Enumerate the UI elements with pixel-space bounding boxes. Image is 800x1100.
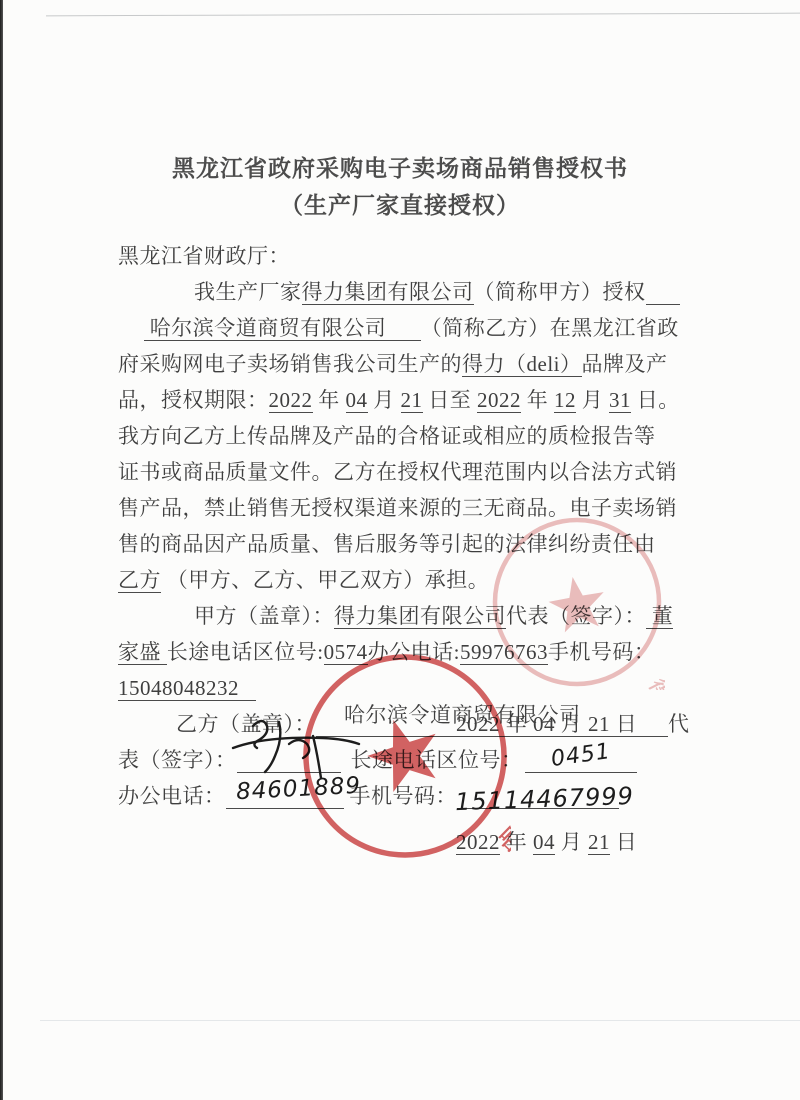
underlined-text-segment: 2022 <box>269 388 313 413</box>
party-b-office-label: 办公电话： <box>118 784 226 808</box>
text-segment: 我生产厂家 <box>194 280 302 304</box>
document-text-line: 府采购网电子卖场销售我公司生产的得力（deli）品牌及产 <box>118 346 738 382</box>
underlined-text-segment: 得力集团有限公司 <box>302 280 474 305</box>
underlined-text-segment: 乙方 <box>118 568 161 593</box>
underlined-text-segment: 21 <box>588 830 610 855</box>
text-segment: 黑龙江省财政厅： <box>118 244 290 268</box>
party-b-area-code-fill-line: 0451 <box>525 740 637 773</box>
text-segment: 年 <box>521 388 554 412</box>
underlined-text-segment <box>646 280 681 305</box>
text-segment: 我方向乙方上传品牌及产品的合格证或相应的质检报告等 <box>118 424 656 448</box>
underlined-text-segment: 12 <box>554 388 576 413</box>
underlined-text-segment: 得力集团有限公司 <box>334 604 506 629</box>
paper-bottom-edge <box>40 1020 800 1021</box>
document-text-line: 我生产厂家得力集团有限公司（简称甲方）授权 <box>118 274 738 310</box>
party-b-rep-suffix: 代 <box>668 712 690 736</box>
document-text-line: 黑龙江省财政厅： <box>118 238 738 274</box>
underlined-text-segment: 得力（deli） <box>462 352 582 377</box>
text-segment: （简称甲方）授权 <box>474 280 646 304</box>
underlined-text-segment: 04 <box>533 830 555 855</box>
underlined-text-segment: 15048048232 <box>118 676 256 701</box>
underlined-text-segment: 04 <box>346 388 368 413</box>
underlined-text-segment: 2022 <box>477 388 521 413</box>
text-segment: 品，授权期限： <box>118 388 269 412</box>
underlined-text-segment: 31 <box>609 388 631 413</box>
party-b-area-code-handwriting: 0451 <box>548 734 612 778</box>
text-segment: （简称乙方）在黑龙江省政 <box>421 316 679 340</box>
document-text-line: 证书或商品质量文件。乙方在授权代理范围内以合法方式销 <box>118 454 738 490</box>
text-segment: 年 <box>313 388 346 412</box>
scanned-authorization-document: 黑龙江省政府采购电子卖场商品销售授权书 （生产厂家直接授权） 黑龙江省财政厅：我… <box>0 0 800 1100</box>
underlined-text-segment: 21 <box>401 388 423 413</box>
underlined-text-segment: 哈尔滨令道商贸有限公司 <box>144 316 421 341</box>
text-segment: 月 <box>555 830 588 854</box>
document-text-line: 哈尔滨令道商贸有限公司 （简称乙方）在黑龙江省政 <box>118 310 738 346</box>
document-text-line: 我方向乙方上传品牌及产品的合格证或相应的质检报告等 <box>118 418 738 454</box>
paper-top-edge <box>46 13 800 17</box>
title-line-1: 黑龙江省政府采购电子卖场商品销售授权书 <box>0 150 800 187</box>
text-segment: 月 <box>576 388 609 412</box>
document-title: 黑龙江省政府采购电子卖场商品销售授权书 （生产厂家直接授权） <box>0 150 800 224</box>
party-a-company-seal-stamp: 得力集团有限公司 <box>489 514 665 690</box>
text-segment: （甲方、乙方、甲乙双方）承担。 <box>161 568 489 592</box>
text-segment: 日。 <box>631 388 680 412</box>
document-text-line: 品，授权期限：2022 年 04 月 21 日至 2022 年 12 月 31 … <box>118 382 738 418</box>
text-segment: 甲方（盖章）： <box>194 604 334 628</box>
text-segment: 日至 <box>423 388 478 412</box>
text-segment: 品牌及产 <box>582 352 668 376</box>
text-segment: 月 <box>368 388 401 412</box>
seal-star-icon <box>545 572 609 634</box>
title-line-2: （生产厂家直接授权） <box>0 187 800 224</box>
underlined-text-segment: 家盛 <box>118 640 167 665</box>
party-b-company-seal-stamp: 哈尔滨令道商贸有限公司 <box>299 650 511 862</box>
text-segment: 日 <box>610 830 637 854</box>
text-segment: 府采购网电子卖场销售我公司生产的 <box>118 352 462 376</box>
text-segment: 证书或商品质量文件。乙方在授权代理范围内以合法方式销 <box>118 460 677 484</box>
seal-star-icon <box>359 709 449 796</box>
